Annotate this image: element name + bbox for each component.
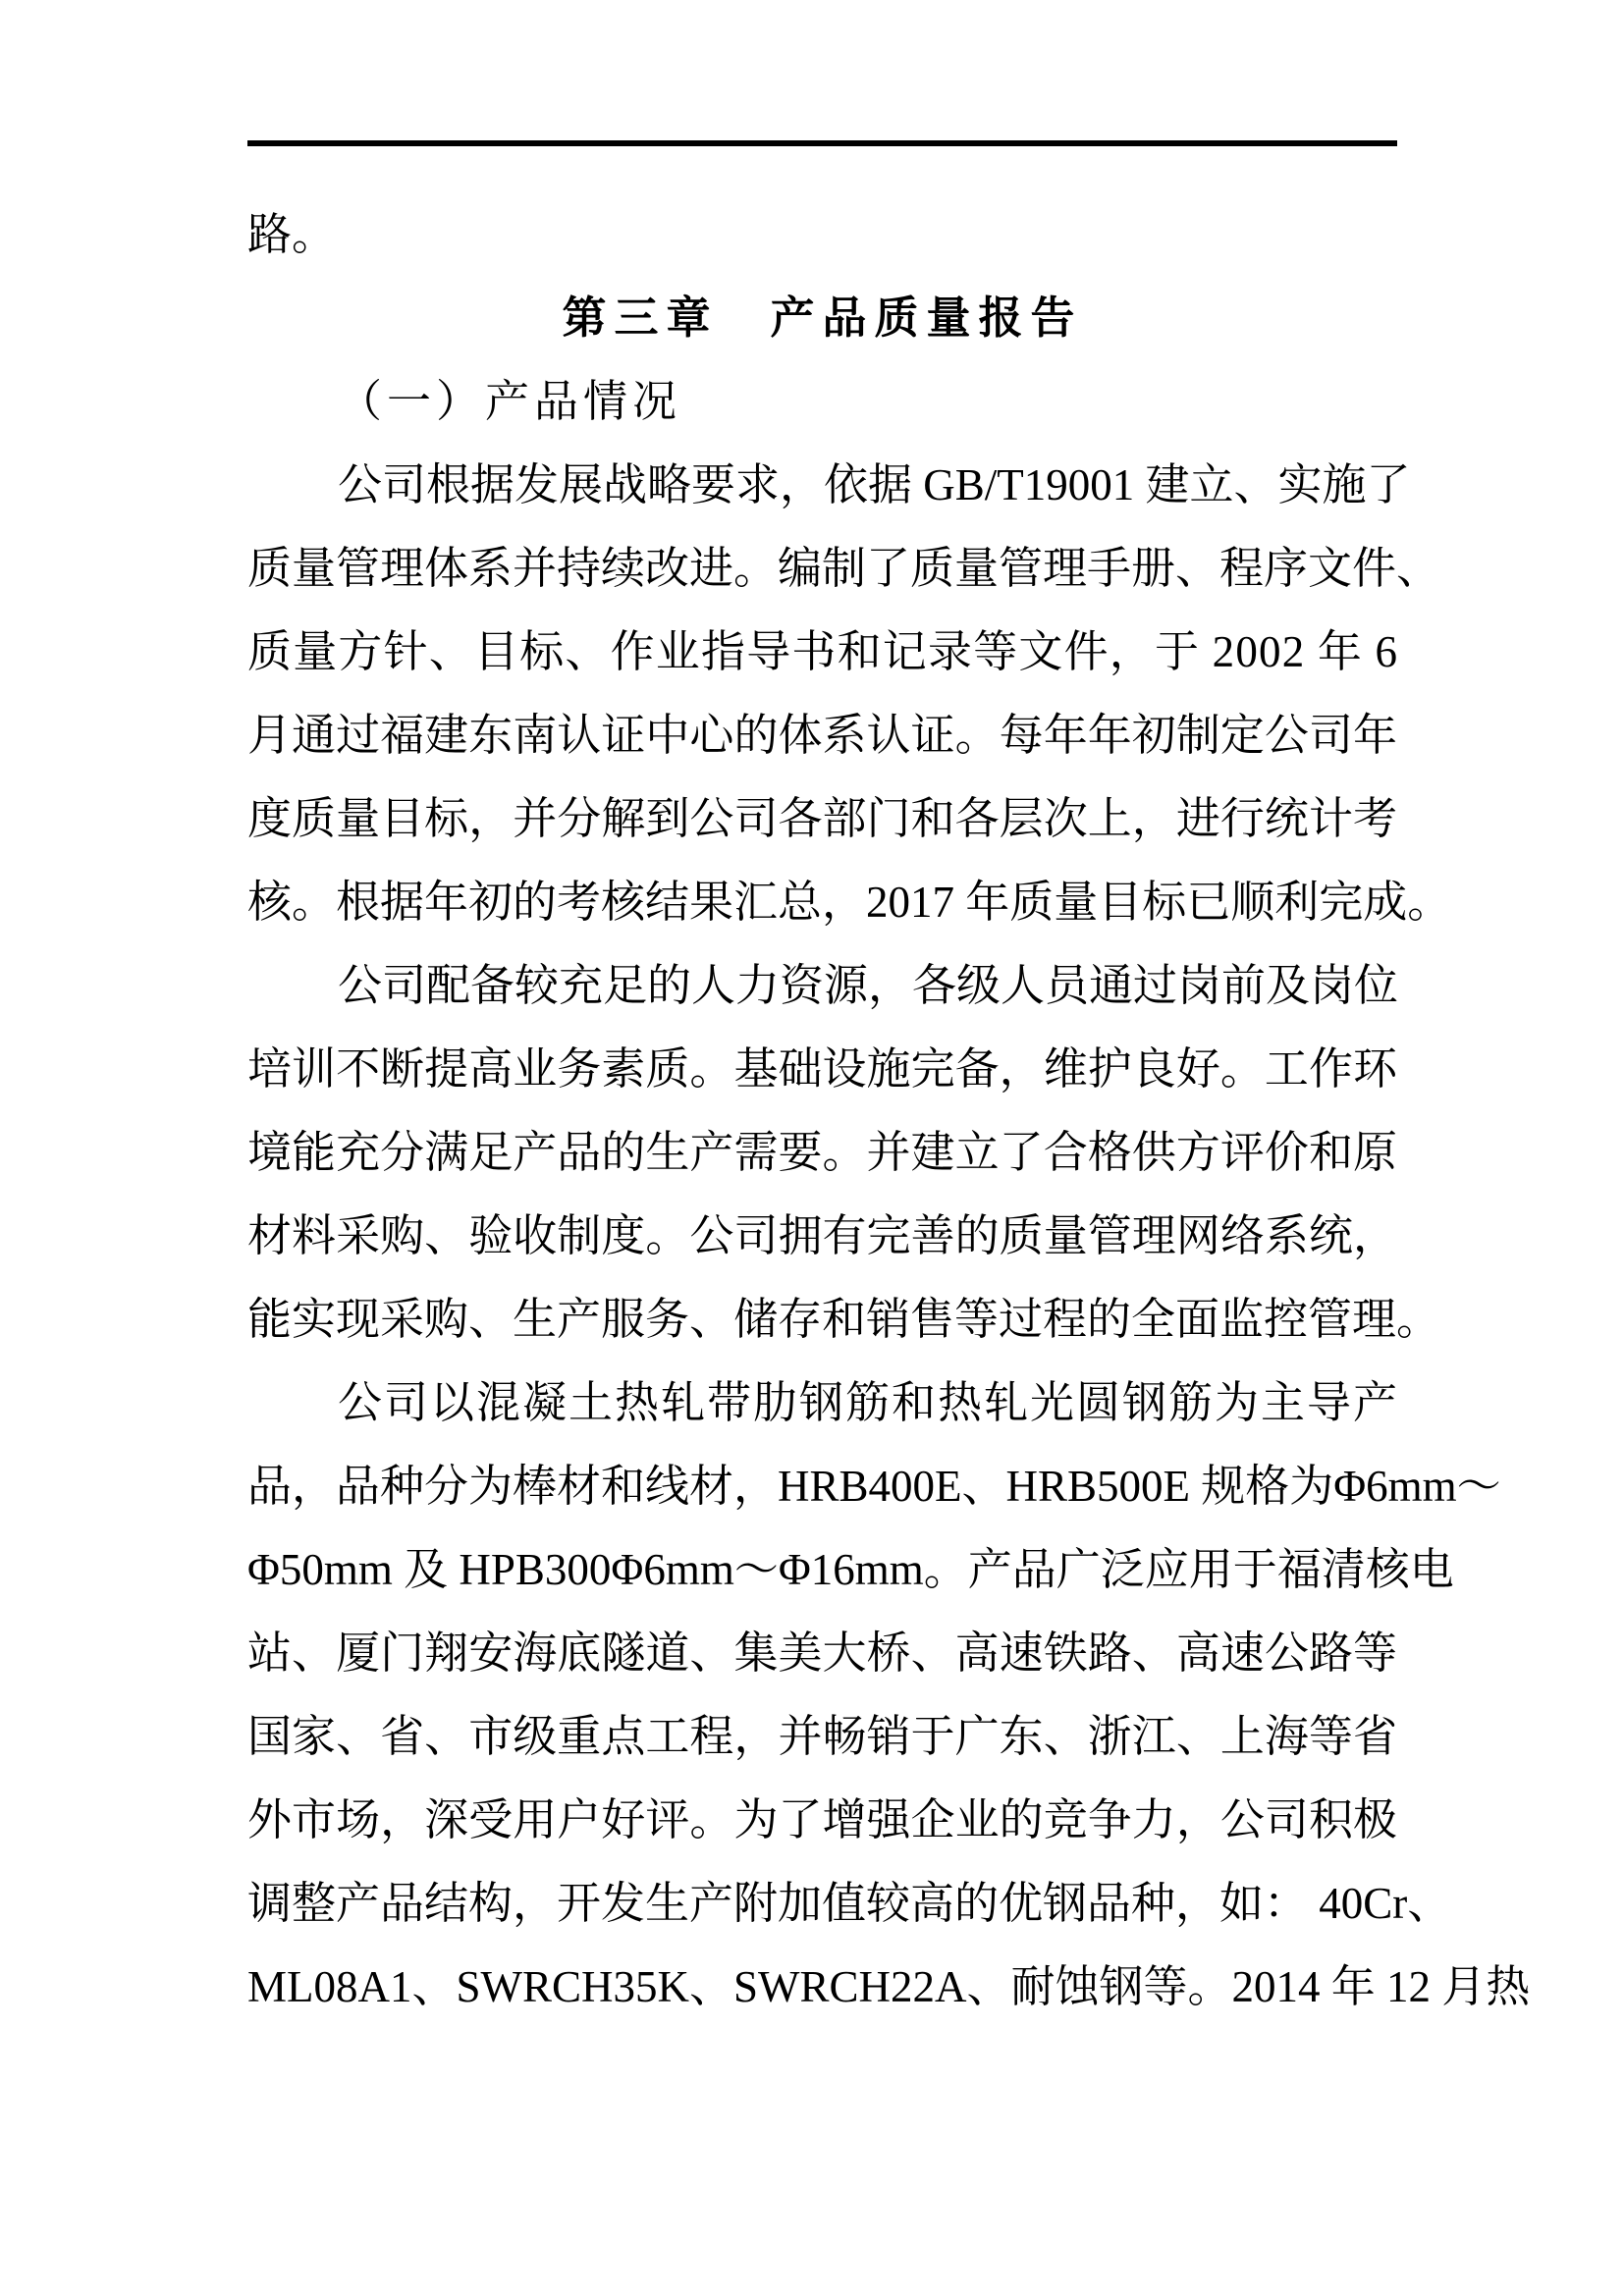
paragraph-line: 核。根据年初的考核结果汇总，2017 年质量目标已顺利完成。 xyxy=(247,861,1397,944)
chapter-heading: 第三章 产品质量报告 xyxy=(247,277,1397,360)
paragraph-line-text: 材料采购、验收制度。公司拥有完善的质量管理网络系统， xyxy=(247,1211,1397,1260)
paragraph-line-text: 核。根据年初的考核结果汇总，2017 年质量目标已顺利完成。 xyxy=(247,878,1451,927)
paragraph-line-text: 质量管理体系并持续改进。编制了质量管理手册、程序文件、 xyxy=(247,544,1440,593)
paragraph-line: ML08A1、SWRCH35K、SWRCH22A、耐蚀钢等。2014 年 12 … xyxy=(247,1946,1397,2029)
paragraph-line-text: ML08A1、SWRCH35K、SWRCH22A、耐蚀钢等。2014 年 12 … xyxy=(247,1962,1530,2011)
paragraph-line: 国家、省、市级重点工程，并畅销于广东、浙江、上海等省 xyxy=(247,1695,1397,1779)
paragraph-line: Φ50mm 及 HPB300Φ6mm～Φ16mm。产品广泛应用于福清核电 xyxy=(247,1528,1397,1612)
paragraph-first-line: 公司配备较充足的人力资源，各级人员通过岗前及岗位 xyxy=(247,944,1397,1028)
paragraph-line-text: 外市场，深受用户好评。为了增强企业的竞争力，公司积极 xyxy=(247,1795,1397,1844)
paragraph-line: 月通过福建东南认证中心的体系认证。每年年初制定公司年 xyxy=(247,694,1397,777)
continued-paragraph-text: 路。 xyxy=(247,210,336,259)
paragraph-line-text: 品，品种分为棒材和线材，HRB400E、HRB500E 规格为Φ6mm～ xyxy=(247,1462,1501,1511)
section-heading-text: （一）产品情况 xyxy=(338,377,681,426)
paragraph-first-line: 公司以混凝土热轧带肋钢筋和热轧光圆钢筋为主导产 xyxy=(247,1362,1397,1445)
section-heading: （一）产品情况 xyxy=(247,360,1397,444)
paragraph-line-text: 公司根据发展战略要求，依据 GB/T19001 建立、实施了 xyxy=(338,460,1411,509)
paragraph-line: 质量方针、目标、作业指导书和记录等文件，于 2002 年 6 xyxy=(247,611,1397,694)
paragraph-line: 材料采购、验收制度。公司拥有完善的质量管理网络系统， xyxy=(247,1195,1397,1278)
document-body: 路。 第三章 产品质量报告 （一）产品情况 公司根据发展战略要求，依据 GB/T… xyxy=(247,193,1397,2029)
paragraph-line-text: 站、厦门翔安海底隧道、集美大桥、高速铁路、高速公路等 xyxy=(247,1629,1397,1678)
paragraph-line: 度质量目标，并分解到公司各部门和各层次上，进行统计考 xyxy=(247,777,1397,861)
paragraph-line: 能实现采购、生产服务、储存和销售等过程的全面监控管理。 xyxy=(247,1278,1397,1362)
paragraph-line: 境能充分满足产品的生产需要。并建立了合格供方评价和原 xyxy=(247,1111,1397,1195)
paragraph-line-text: 境能充分满足产品的生产需要。并建立了合格供方评价和原 xyxy=(247,1128,1397,1177)
chapter-heading-text: 第三章 产品质量报告 xyxy=(562,294,1082,343)
paragraph-line: 培训不断提高业务素质。基础设施完备，维护良好。工作环 xyxy=(247,1028,1397,1111)
paragraph-line: 质量管理体系并持续改进。编制了质量管理手册、程序文件、 xyxy=(247,527,1397,611)
paragraph-line-text: 能实现采购、生产服务、储存和销售等过程的全面监控管理。 xyxy=(247,1295,1440,1344)
paragraph-first-line: 公司根据发展战略要求，依据 GB/T19001 建立、实施了 xyxy=(247,444,1397,527)
paragraph-line: 站、厦门翔安海底隧道、集美大桥、高速铁路、高速公路等 xyxy=(247,1612,1397,1695)
header-rule xyxy=(247,140,1397,146)
paragraph-line-text: 公司以混凝土热轧带肋钢筋和热轧光圆钢筋为主导产 xyxy=(338,1378,1399,1427)
paragraph-line-text: 培训不断提高业务素质。基础设施完备，维护良好。工作环 xyxy=(247,1044,1397,1094)
paragraph-line-text: 调整产品结构，开发生产附加值较高的优钢品种，如： 40Cr、 xyxy=(247,1879,1451,1928)
paragraph-line: 外市场，深受用户好评。为了增强企业的竞争力，公司积极 xyxy=(247,1779,1397,1862)
paragraph-line: 品，品种分为棒材和线材，HRB400E、HRB500E 规格为Φ6mm～ xyxy=(247,1445,1397,1528)
paragraph-line-text: Φ50mm 及 HPB300Φ6mm～Φ16mm。产品广泛应用于福清核电 xyxy=(247,1545,1454,1594)
paragraph-line-text: 国家、省、市级重点工程，并畅销于广东、浙江、上海等省 xyxy=(247,1712,1397,1761)
paragraph-line-text: 质量方针、目标、作业指导书和记录等文件，于 2002 年 6 xyxy=(247,627,1398,676)
continued-paragraph-line: 路。 xyxy=(247,193,1397,277)
paragraph-line-text: 月通过福建东南认证中心的体系认证。每年年初制定公司年 xyxy=(247,711,1397,760)
paragraph-line-text: 公司配备较充足的人力资源，各级人员通过岗前及岗位 xyxy=(338,961,1398,1010)
document-page: 路。 第三章 产品质量报告 （一）产品情况 公司根据发展战略要求，依据 GB/T… xyxy=(0,0,1624,2296)
paragraph-line-text: 度质量目标，并分解到公司各部门和各层次上，进行统计考 xyxy=(247,794,1397,843)
paragraph-line: 调整产品结构，开发生产附加值较高的优钢品种，如： 40Cr、 xyxy=(247,1862,1397,1946)
